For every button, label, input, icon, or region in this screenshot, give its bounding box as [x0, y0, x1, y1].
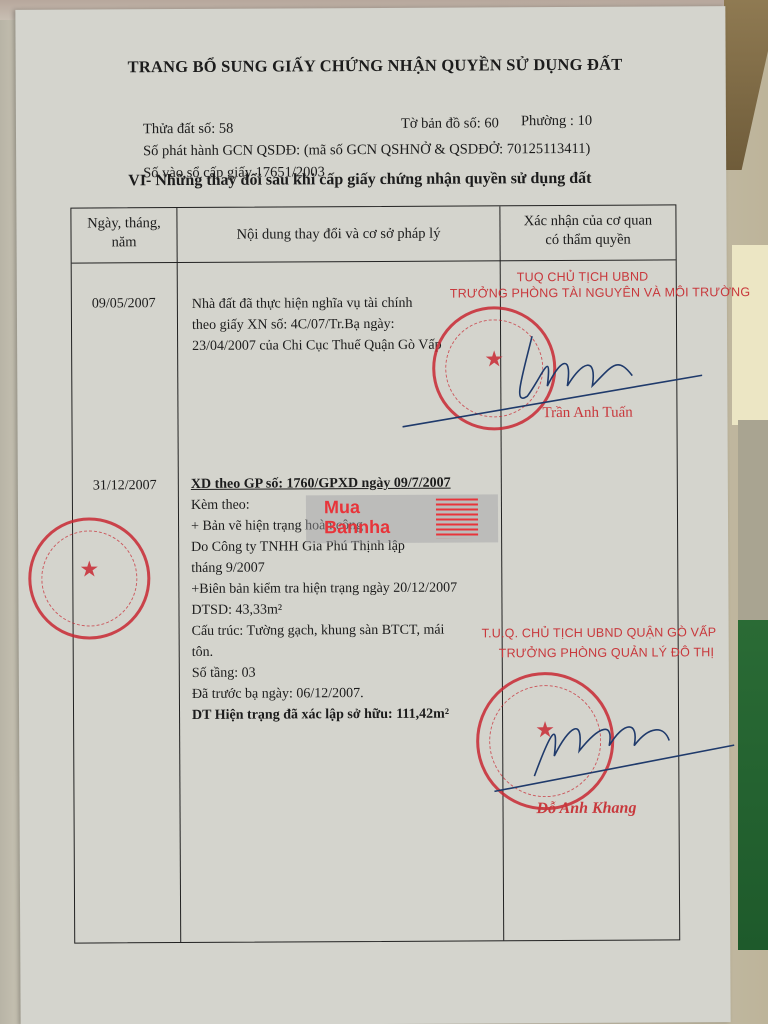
partial-seal: ★: [28, 517, 151, 640]
signer-name: Đỗ Anh Khang: [536, 800, 636, 819]
authority-title: TUQ CHỦ TỊCH UBND: [517, 270, 649, 285]
certificate-issue-number: Số phát hành GCN QSDĐ: (mã số GCN QSHNỞ …: [143, 141, 590, 160]
changes-table: Ngày, tháng, năm Nội dung thay đổi và cơ…: [70, 204, 680, 943]
header-authority: Xác nhận của cơ quan có thẩm quyền: [500, 211, 675, 250]
background-object: [732, 245, 768, 425]
column-divider: [176, 208, 181, 942]
authority-title: T.U.Q. CHỦ TỊCH UBND QUẬN GÒ VẤP: [482, 625, 717, 640]
header-divider: [72, 259, 676, 263]
authority-title: TRƯỞNG PHÒNG TÀI NGUYÊN VÀ MÔI TRƯỜNG: [450, 285, 751, 301]
ward: Phường : 10: [521, 113, 592, 130]
section-title: VI- Những thay đổi sau khi cấp giấy chứn…: [128, 170, 591, 190]
background-object: [738, 420, 768, 620]
background-object: [724, 0, 768, 170]
signature: [474, 695, 745, 796]
star-icon: ★: [79, 556, 99, 582]
parcel-number: Thửa đất số: 58: [143, 121, 234, 138]
watermark-logo: Mua Bannha: [306, 494, 498, 543]
map-sheet-number: Tờ bản đồ số: 60: [401, 115, 499, 133]
signer-name: Trần Anh Tuấn: [542, 405, 632, 422]
header-content: Nội dung thay đổi và cơ sở pháp lý: [177, 224, 499, 245]
document-title: TRANG BỔ SUNG GIẤY CHỨNG NHẬN QUYỀN SỬ D…: [128, 55, 648, 78]
authority-title: TRƯỞNG PHÒNG QUẢN LÝ ĐÔ THỊ: [499, 645, 715, 660]
header-date: Ngày, tháng, năm: [71, 214, 176, 253]
row-date: 09/05/2007: [92, 296, 156, 312]
row-date: 31/12/2007: [93, 478, 157, 494]
building-icon: [436, 498, 478, 538]
document-page: TRANG BỔ SUNG GIẤY CHỨNG NHẬN QUYỀN SỬ D…: [15, 6, 730, 1024]
